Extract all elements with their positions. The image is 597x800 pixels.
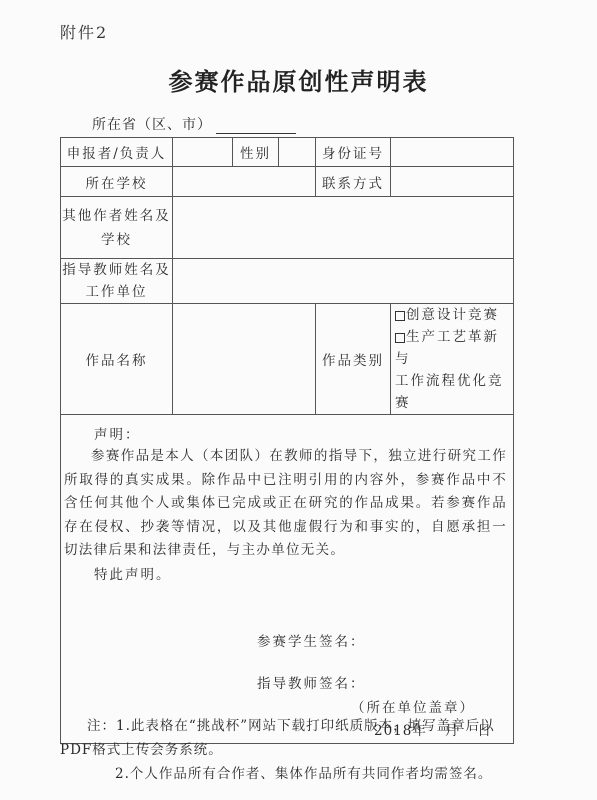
checkbox-icon[interactable] — [395, 311, 405, 321]
contact-label: 联系方式 — [316, 167, 391, 197]
advisor-input[interactable] — [173, 259, 514, 304]
category-option-creative-design[interactable]: 创意设计竞赛 — [395, 304, 513, 326]
student-signature-label: 参赛学生签名： — [257, 630, 366, 650]
applicant-label: 申报者/负责人 — [61, 138, 173, 167]
category-label: 作品类别 — [316, 304, 391, 415]
province-line: 所在省（区、市） — [92, 114, 296, 134]
school-label: 所在学校 — [61, 167, 173, 197]
other-authors-label-line2: 学校 — [61, 228, 172, 252]
declaration-closing: 特此声明。 — [94, 563, 172, 583]
note-1: 注：1.此表格在“挑战杯”网站下载打印纸质版本，填写盖章后以PDF格式上传会务系… — [60, 714, 510, 762]
school-input[interactable] — [173, 167, 316, 197]
notes: 注：1.此表格在“挑战杯”网站下载打印纸质版本，填写盖章后以PDF格式上传会务系… — [60, 714, 510, 786]
declaration-cell: 声明： 参赛作品是本人（本团队）在教师的指导下，独立进行研究工作所取得的真实成果… — [61, 415, 514, 744]
advisor-label-line1: 指导教师姓名及 — [61, 259, 172, 281]
declaration-form-table: 申报者/负责人 性别 身份证号 所在学校 联系方式 其他作者姓名及 学校 指导教… — [60, 137, 514, 744]
category-option-process-innovation-line2: 工作流程优化竞赛 — [395, 370, 513, 414]
advisor-signature-label: 指导教师签名： — [257, 672, 366, 692]
seal-label: （所在单位盖章） — [351, 696, 475, 716]
province-label: 所在省（区、市） — [92, 117, 212, 133]
contact-input[interactable] — [391, 167, 514, 197]
province-input[interactable] — [216, 119, 296, 134]
other-authors-label: 其他作者姓名及 学校 — [61, 197, 173, 259]
attachment-label: 附件2 — [60, 20, 108, 43]
other-authors-label-line1: 其他作者姓名及 — [61, 204, 172, 228]
declaration-heading: 声明： — [94, 423, 141, 443]
id-number-label: 身份证号 — [316, 138, 391, 167]
work-name-input[interactable] — [173, 304, 316, 415]
declaration-body: 参赛作品是本人（本团队）在教师的指导下，独立进行研究工作所取得的真实成果。除作品… — [64, 445, 507, 563]
page-title: 参赛作品原创性声明表 — [0, 62, 597, 97]
category-options: 创意设计竞赛 生产工艺革新与 工作流程优化竞赛 — [391, 304, 514, 415]
gender-input[interactable] — [279, 138, 316, 167]
work-name-label: 作品名称 — [61, 304, 173, 415]
other-authors-input[interactable] — [173, 197, 514, 259]
note-2: 2.个人作品所有合作者、集体作品所有共同作者均需签名。 — [60, 762, 510, 786]
advisor-label: 指导教师姓名及 工作单位 — [61, 259, 173, 304]
id-number-input[interactable] — [391, 138, 514, 167]
checkbox-icon[interactable] — [395, 333, 405, 343]
gender-label: 性别 — [233, 138, 279, 167]
advisor-label-line2: 工作单位 — [61, 281, 172, 303]
applicant-input[interactable] — [173, 138, 233, 167]
category-option-process-innovation[interactable]: 生产工艺革新与 — [395, 326, 513, 370]
declaration: 声明： 参赛作品是本人（本团队）在教师的指导下，独立进行研究工作所取得的真实成果… — [61, 415, 513, 743]
